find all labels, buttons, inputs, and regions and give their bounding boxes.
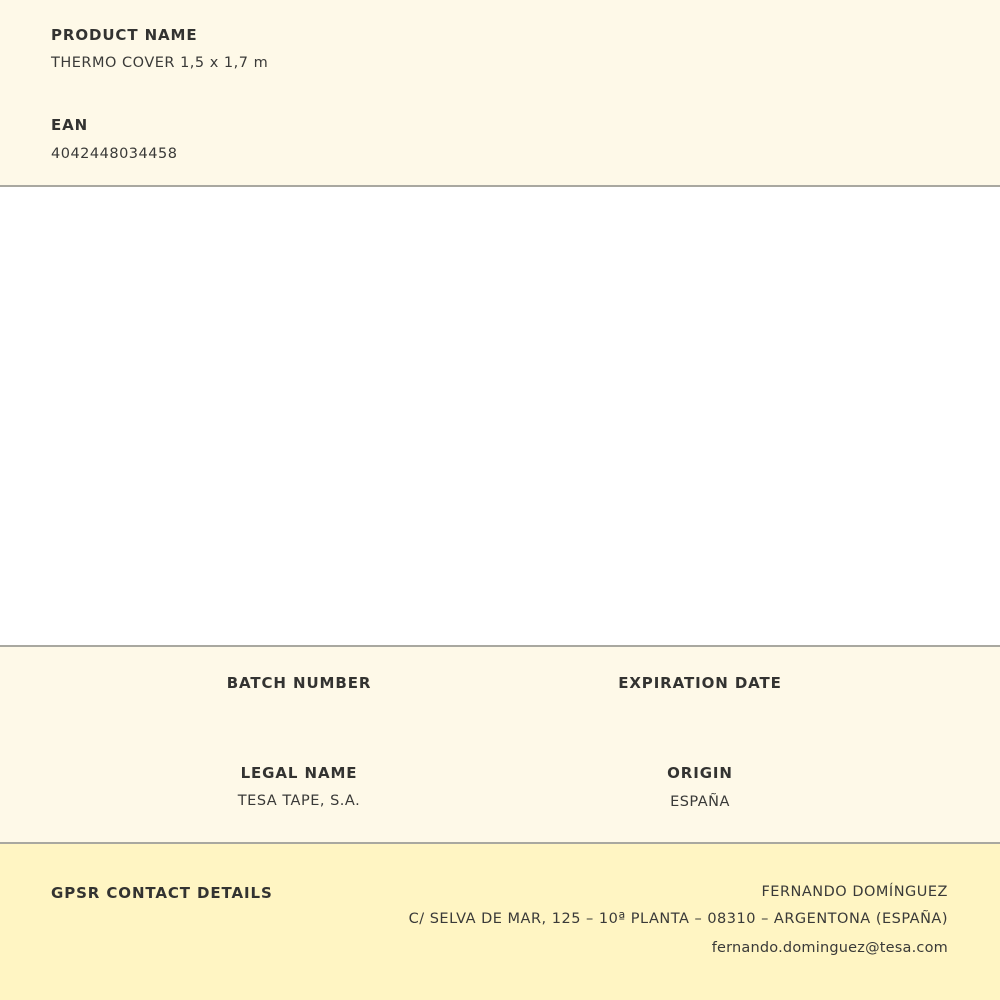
ean-label: EAN xyxy=(51,116,88,134)
origin-label: ORIGIN xyxy=(667,764,733,782)
product-name-label: PRODUCT NAME xyxy=(51,26,198,44)
expiration-date-label: EXPIRATION DATE xyxy=(618,674,782,692)
gpsr-contact-section: GPSR CONTACT DETAILS FERNANDO DOMÍNGUEZ … xyxy=(0,844,1000,1000)
details-section: BATCH NUMBER EXPIRATION DATE LEGAL NAME … xyxy=(0,647,1000,842)
legal-name-label: LEGAL NAME xyxy=(241,764,358,782)
gpsr-contact-label: GPSR CONTACT DETAILS xyxy=(51,884,273,902)
product-header-section: PRODUCT NAME THERMO COVER 1,5 x 1,7 m EA… xyxy=(0,0,1000,185)
gpsr-contact-email[interactable]: fernando.dominguez@tesa.com xyxy=(712,940,948,956)
legal-name-value: TESA TAPE, S.A. xyxy=(238,793,360,809)
batch-number-label: BATCH NUMBER xyxy=(227,674,372,692)
ean-value: 4042448034458 xyxy=(51,146,177,162)
gpsr-contact-name: FERNANDO DOMÍNGUEZ xyxy=(761,884,948,900)
blank-content-area xyxy=(0,187,1000,645)
product-name-value: THERMO COVER 1,5 x 1,7 m xyxy=(51,55,268,71)
origin-value: ESPAÑA xyxy=(670,794,730,810)
gpsr-contact-address: C/ SELVA DE MAR, 125 – 10ª PLANTA – 0831… xyxy=(409,911,948,927)
